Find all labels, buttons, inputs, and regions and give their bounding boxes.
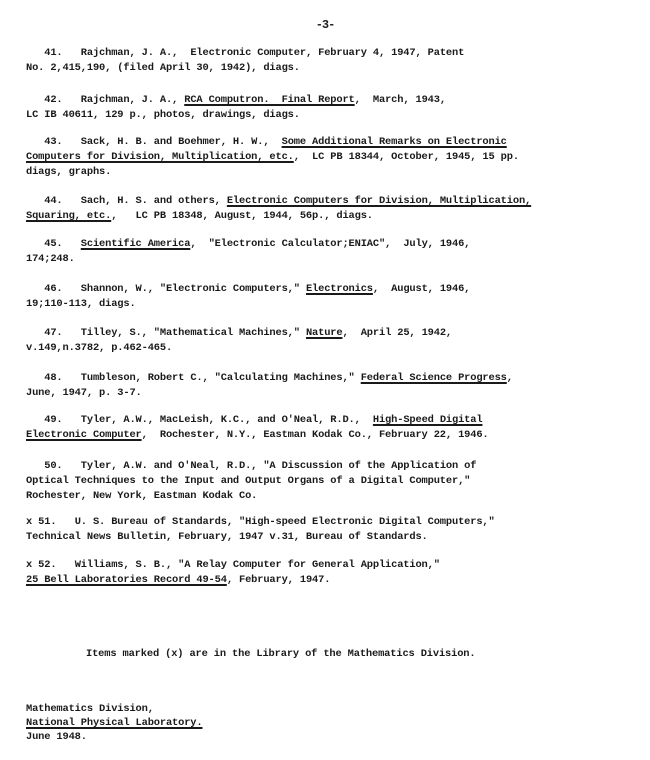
footnote: Items marked (x) are in the Library of t… [86, 648, 475, 660]
entry-title-underlined: Nature [306, 327, 343, 339]
entry-text: Tyler, A.W., MacLeish, K.C., and O'Neal,… [81, 414, 373, 426]
entry-text: Shannon, W., "Electronic Computers," [81, 283, 306, 295]
entry-number: x 51. [26, 515, 75, 530]
entry-line: 45. Scientific America, "Electronic Calc… [26, 237, 626, 252]
entry-line: 43. Sack, H. B. and Boehmer, H. W., Some… [26, 135, 626, 150]
entry-text: Tilley, S., "Mathematical Machines," [81, 327, 306, 339]
entry-number: 43. [26, 135, 81, 150]
entry-title-underlined: Scientific America [81, 238, 191, 250]
entry-title-underlined: Electronics [306, 283, 373, 295]
entry-number: 41. [26, 46, 81, 61]
entry-line: Rochester, New York, Eastman Kodak Co. [26, 489, 626, 504]
bibliography-entry: 49. Tyler, A.W., MacLeish, K.C., and O'N… [26, 413, 626, 443]
bibliography-entry: 50. Tyler, A.W. and O'Neal, R.D., "A Dis… [26, 459, 626, 504]
entry-number: 44. [26, 194, 81, 209]
entry-line: 49. Tyler, A.W., MacLeish, K.C., and O'N… [26, 413, 626, 428]
bibliography-entry: 47. Tilley, S., "Mathematical Machines,"… [26, 326, 626, 356]
entry-line: 41. Rajchman, J. A., Electronic Computer… [26, 46, 626, 61]
bibliography-entry: 48. Tumbleson, Robert C., "Calculating M… [26, 371, 626, 401]
document-page: -3- 41. Rajchman, J. A., Electronic Comp… [0, 0, 650, 760]
entry-line: Optical Techniques to the Input and Outp… [26, 474, 626, 489]
bibliography-entry: 41. Rajchman, J. A., Electronic Computer… [26, 46, 626, 76]
entry-text: , LC PB 18344, October, 1945, 15 pp. [294, 151, 519, 163]
bibliography-entry: 44. Sach, H. S. and others, Electronic C… [26, 194, 626, 224]
entry-text: LC IB 40611, 129 p., photos, drawings, d… [26, 109, 300, 121]
entry-line: 48. Tumbleson, Robert C., "Calculating M… [26, 371, 626, 386]
signature-date: June 1948. [26, 730, 202, 744]
entry-text: 19;110-113, diags. [26, 298, 136, 310]
signature-block: Mathematics Division, National Physical … [26, 702, 202, 744]
entry-line: 47. Tilley, S., "Mathematical Machines,"… [26, 326, 626, 341]
entry-text: Sack, H. B. and Boehmer, H. W., [81, 136, 282, 148]
entry-text: , "Electronic Calculator;ENIAC", July, 1… [190, 238, 470, 250]
entry-line: 174;248. [26, 252, 626, 267]
bibliography-entry: x 51. U. S. Bureau of Standards, "High-s… [26, 515, 626, 545]
entry-line: x 51. U. S. Bureau of Standards, "High-s… [26, 515, 626, 530]
entry-text: U. S. Bureau of Standards, "High-speed E… [75, 516, 495, 528]
entry-number: 47. [26, 326, 81, 341]
signature-division: Mathematics Division, [26, 702, 202, 716]
entry-text: , March, 1943, [355, 94, 446, 106]
entry-number: 42. [26, 93, 81, 108]
entry-text: Williams, S. B., "A Relay Computer for G… [75, 559, 440, 571]
entry-number: 50. [26, 459, 81, 474]
entry-line: v.149,n.3782, p.462-465. [26, 341, 626, 356]
entry-line: x 52. Williams, S. B., "A Relay Computer… [26, 558, 626, 573]
entry-title-underlined: 25 Bell Laboratories Record 49-54 [26, 574, 227, 586]
entry-line: No. 2,415,190, (filed April 30, 1942), d… [26, 61, 626, 76]
entry-text: Rajchman, J. A., Electronic Computer, Fe… [81, 47, 464, 59]
entry-text: June, 1947, p. 3-7. [26, 387, 142, 399]
bibliography-entry: 42. Rajchman, J. A., RCA Computron. Fina… [26, 93, 626, 123]
entry-title-underlined: High-Speed Digital [373, 414, 483, 426]
bibliography-entry: 43. Sack, H. B. and Boehmer, H. W., Some… [26, 135, 626, 180]
entry-text: Optical Techniques to the Input and Outp… [26, 475, 470, 487]
entry-line: 50. Tyler, A.W. and O'Neal, R.D., "A Dis… [26, 459, 626, 474]
entry-title-underlined: Some Additional Remarks on Electronic [282, 136, 507, 148]
entry-number: 45. [26, 237, 81, 252]
entry-line: Squaring, etc., LC PB 18348, August, 194… [26, 209, 626, 224]
entry-title-underlined: Electronic Computers for Division, Multi… [227, 195, 531, 207]
entry-text: v.149,n.3782, p.462-465. [26, 342, 172, 354]
entry-text: , February, 1947. [227, 574, 330, 586]
bibliography-entry: 46. Shannon, W., "Electronic Computers,"… [26, 282, 626, 312]
entry-line: Computers for Division, Multiplication, … [26, 150, 626, 165]
entry-line: 19;110-113, diags. [26, 297, 626, 312]
entry-title-underlined: Federal Science Progress [361, 372, 507, 384]
bibliography-entry: 45. Scientific America, "Electronic Calc… [26, 237, 626, 267]
entry-line: 25 Bell Laboratories Record 49-54, Febru… [26, 573, 626, 588]
entry-text: Tyler, A.W. and O'Neal, R.D., "A Discuss… [81, 460, 477, 472]
signature-laboratory: National Physical Laboratory. [26, 716, 202, 730]
entry-line: Electronic Computer, Rochester, N.Y., Ea… [26, 428, 626, 443]
entry-text: , August, 1946, [373, 283, 470, 295]
entry-line: Technical News Bulletin, February, 1947 … [26, 530, 626, 545]
page-number: -3- [0, 18, 650, 32]
entry-text: , Rochester, N.Y., Eastman Kodak Co., Fe… [142, 429, 489, 441]
entry-text: diags, graphs. [26, 166, 111, 178]
entry-number: 48. [26, 371, 81, 386]
entry-title-underlined: Electronic Computer [26, 429, 142, 441]
entry-line: LC IB 40611, 129 p., photos, drawings, d… [26, 108, 626, 123]
entry-text: 174;248. [26, 253, 75, 265]
entry-text: , LC PB 18348, August, 1944, 56p., diags… [111, 210, 373, 222]
entry-text: Rajchman, J. A., [81, 94, 184, 106]
entry-text: Tumbleson, Robert C., "Calculating Machi… [81, 372, 361, 384]
bibliography-entry: x 52. Williams, S. B., "A Relay Computer… [26, 558, 626, 588]
entry-line: 44. Sach, H. S. and others, Electronic C… [26, 194, 626, 209]
entry-title-underlined: Computers for Division, Multiplication, … [26, 151, 294, 163]
entry-line: June, 1947, p. 3-7. [26, 386, 626, 401]
entry-text: , [507, 372, 513, 384]
entry-text: No. 2,415,190, (filed April 30, 1942), d… [26, 62, 300, 74]
entry-text: , April 25, 1942, [342, 327, 452, 339]
entry-title-underlined: RCA Computron. Final Report [184, 94, 354, 106]
entry-text: Sach, H. S. and others, [81, 195, 227, 207]
entry-text: Technical News Bulletin, February, 1947 … [26, 531, 428, 543]
entry-title-underlined: Squaring, etc. [26, 210, 111, 222]
entry-line: 42. Rajchman, J. A., RCA Computron. Fina… [26, 93, 626, 108]
entry-line: 46. Shannon, W., "Electronic Computers,"… [26, 282, 626, 297]
entry-number: 46. [26, 282, 81, 297]
entry-number: x 52. [26, 558, 75, 573]
entry-line: diags, graphs. [26, 165, 626, 180]
entry-text: Rochester, New York, Eastman Kodak Co. [26, 490, 257, 502]
entry-number: 49. [26, 413, 81, 428]
